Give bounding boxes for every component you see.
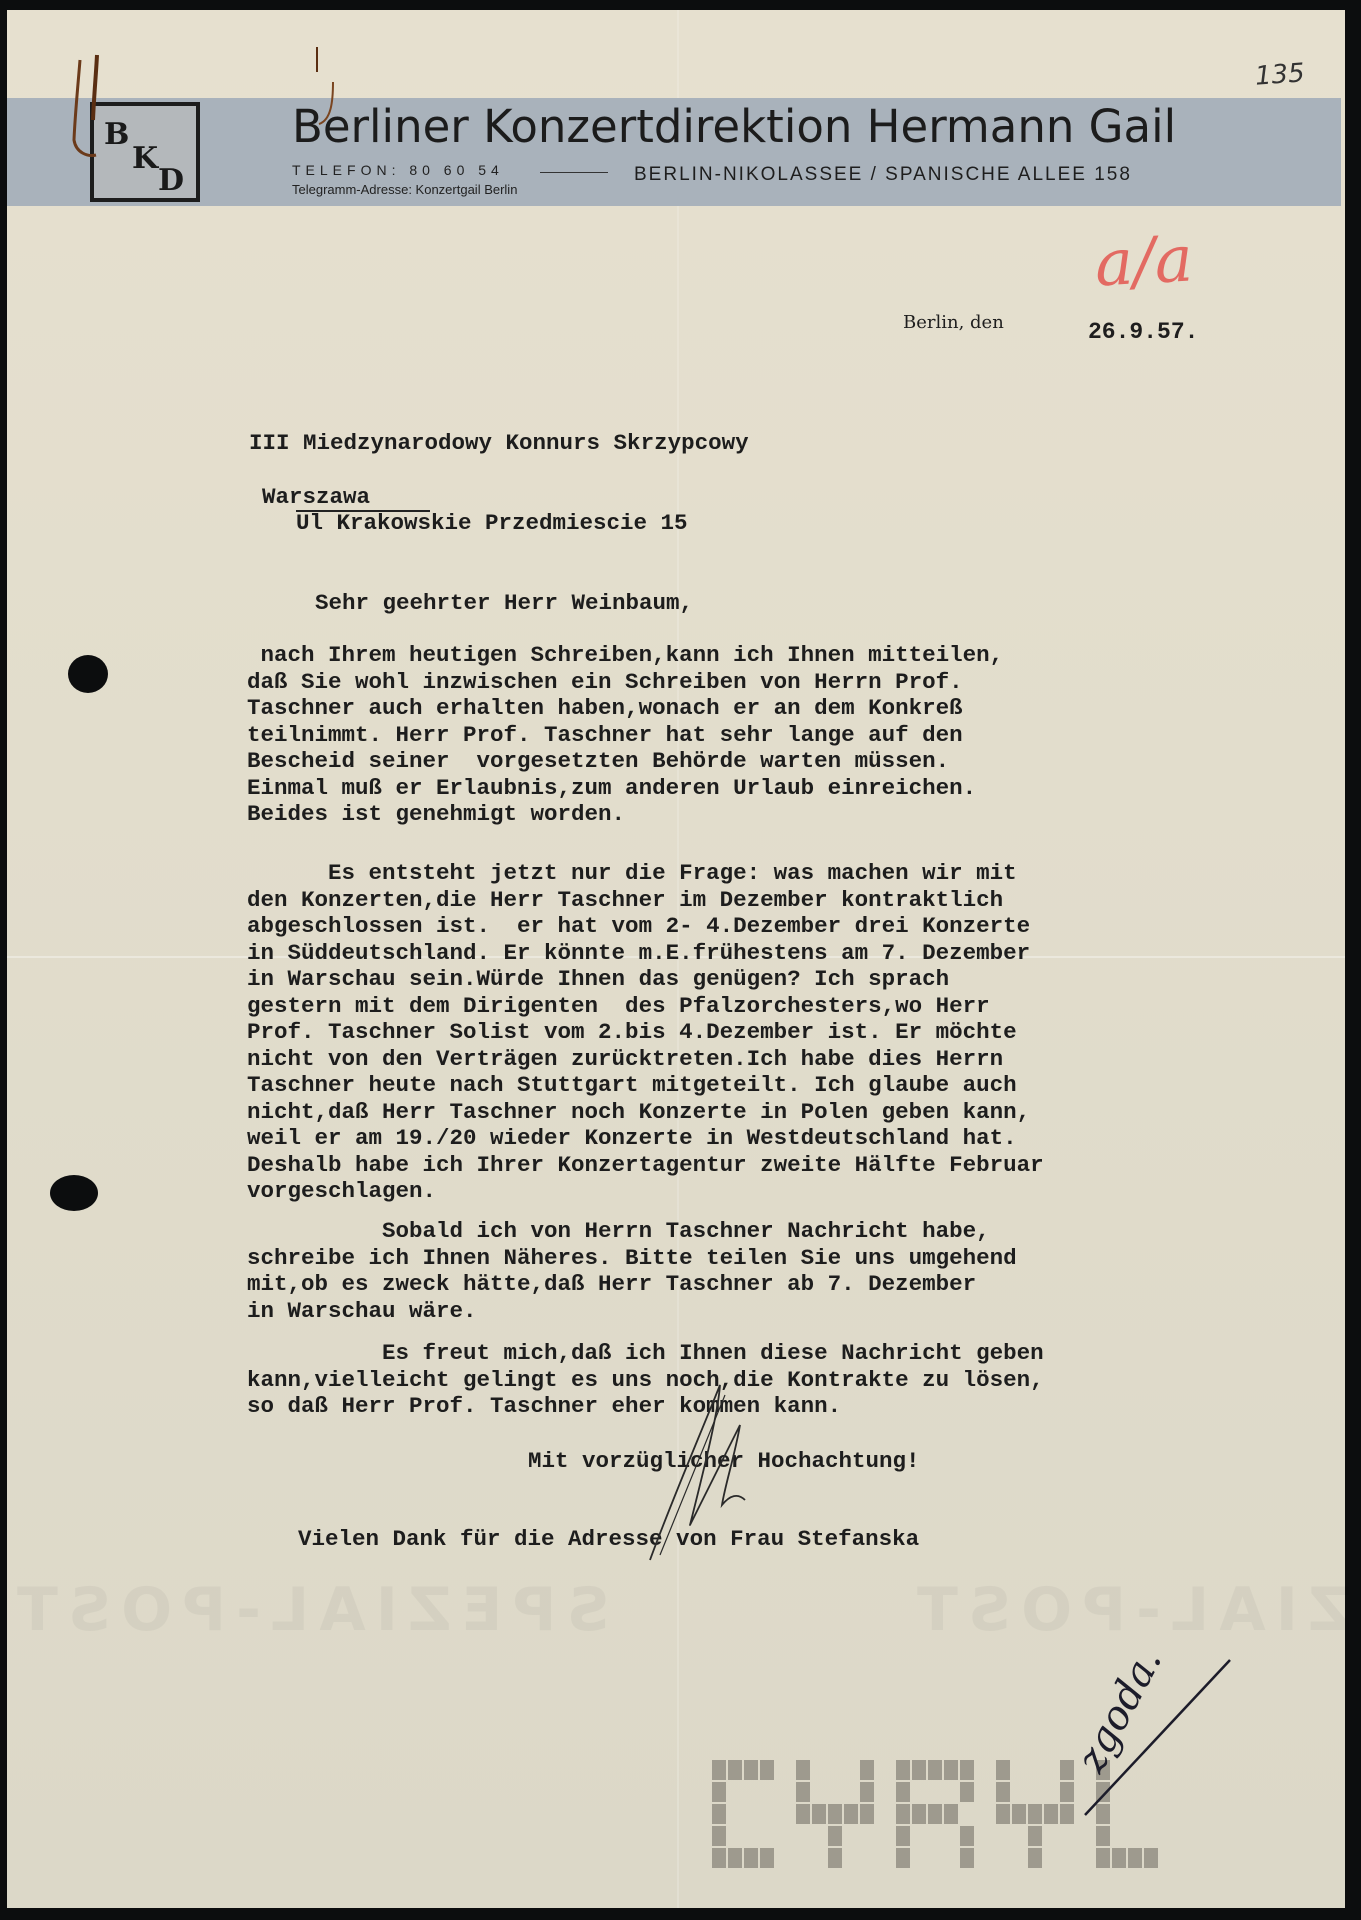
punch-hole — [50, 1175, 98, 1211]
paper-watermark: SPEZIAL-POST — [7, 1575, 610, 1645]
watermark-letter-c — [712, 1760, 774, 1868]
date-label: Berlin, den — [903, 312, 1004, 333]
body-paragraph: Es entsteht jetzt nur die Frage: was mac… — [247, 860, 1044, 1205]
postscript: Vielen Dank für die Adresse von Frau Ste… — [298, 1526, 919, 1553]
phone-number: TELEFON: 80 60 54 — [292, 162, 504, 178]
handwritten-approval-icon: zgoda. — [1040, 1655, 1240, 1855]
ink-stain-icon — [60, 45, 120, 165]
date-value: 26.9.57. — [1088, 319, 1198, 345]
recipient-street: Ul Krakowskie Przedmiescie 15 — [296, 510, 688, 537]
recipient-name: III Miedzynarodowy Konnurs Skrzypcowy — [249, 430, 749, 457]
watermark-letter-r — [896, 1760, 974, 1868]
ink-stain-icon — [305, 42, 345, 132]
svg-text:zgoda.: zgoda. — [1068, 1655, 1171, 1781]
logo-letter-d: D — [158, 166, 184, 196]
recipient-city: Warszawa — [262, 484, 370, 511]
salutation: Sehr geehrter Herr Weinbaum, — [315, 590, 693, 617]
phone-rule-divider — [540, 172, 608, 173]
watermark-letter-y — [796, 1760, 874, 1868]
logo-letter-k: K — [132, 144, 158, 174]
body-paragraph: Sobald ich von Herrn Taschner Nachricht … — [247, 1218, 1017, 1324]
red-pencil-mark: a/a — [1093, 222, 1195, 301]
paper-watermark: SPEZIAL-POST — [907, 1575, 1361, 1645]
company-name: Berliner Konzertdirektion Hermann Gail — [292, 100, 1176, 153]
folio-number: 135 — [1254, 58, 1306, 91]
body-paragraph: nach Ihrem heutigen Schreiben,kann ich I… — [247, 642, 1003, 828]
telegram-address: Telegramm-Adresse: Konzertgail Berlin — [292, 182, 517, 197]
punch-hole — [68, 655, 108, 693]
signature-icon — [640, 1375, 780, 1565]
company-address: BERLIN-NIKOLASSEE / SPANISCHE ALLEE 158 — [634, 164, 1132, 186]
